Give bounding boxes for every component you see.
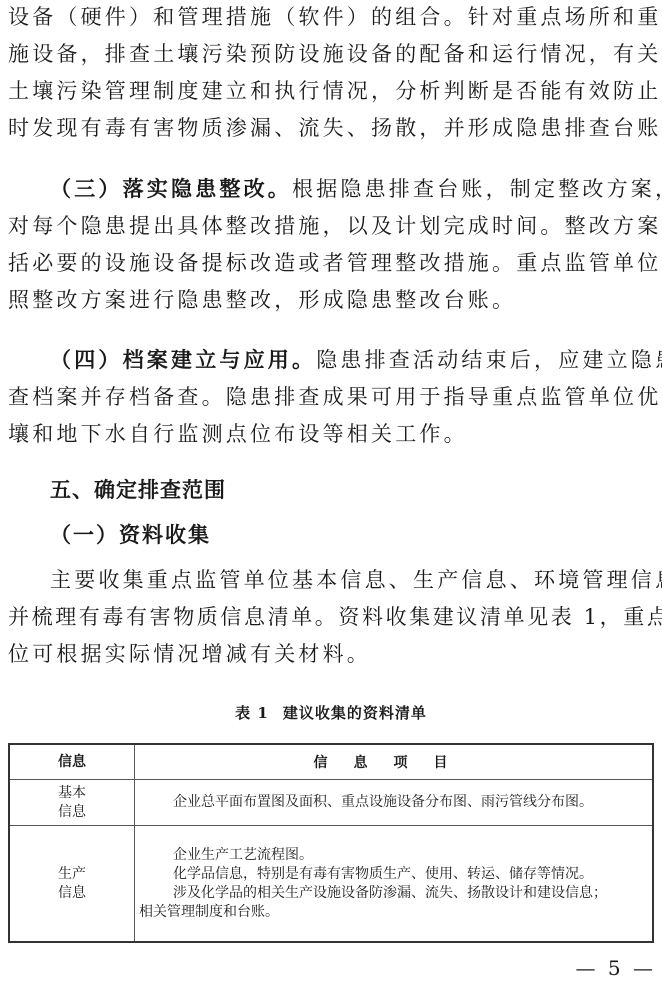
body-line: 括必要的设施设备提标改造或者管理整改措施。重点监管单位应按 xyxy=(8,248,656,278)
body-line: 设备（硬件）和管理措施（软件）的组合。针对重点场所和重点设 xyxy=(8,2,656,32)
body-line: 施设备，排查土壤污染预防设施设备的配备和运行情况，有关预防 xyxy=(8,39,656,69)
body-line: 查档案并存档备查。隐患排查成果可用于指导重点监管单位优化土 xyxy=(8,382,656,412)
row-items: 企业总平面布置图及面积、重点设施设备分布图、雨污管线分布图。 xyxy=(135,780,654,826)
section-3-first-line: （三）落实隐患整改。根据隐患排查台账，制定整改方案，针 xyxy=(50,174,656,204)
subheading-data-collection: （一）资料收集 xyxy=(50,520,656,550)
category-line: 信息 xyxy=(10,803,134,822)
item-text: 涉及化学品的相关生产设施设备防渗漏、流失、扬散设计和建设信息； xyxy=(139,884,652,903)
body-line: 时发现有毒有害物质渗漏、流失、扬散，并形成隐患排查台账。 xyxy=(8,113,656,143)
body-line: 壤和地下水自行监测点位布设等相关工作。 xyxy=(8,419,656,449)
section-3-title: （三）落实隐患整改。 xyxy=(50,177,292,201)
section-3-text: 根据隐患排查台账，制定整改方案，针 xyxy=(292,177,662,201)
table-row: 生产 信息 企业生产工艺流程图。 化学品信息，特别是有毒有害物质生产、使用、转运… xyxy=(9,826,653,943)
table-caption-title: 建议收集的资料清单 xyxy=(283,704,427,722)
table-caption-label: 表 1 xyxy=(235,704,269,722)
row-category: 生产 信息 xyxy=(9,826,135,943)
category-line: 生产 xyxy=(10,865,134,884)
page-number: — 5 — xyxy=(576,956,656,980)
body-line: 土壤污染管理制度建立和执行情况，分析判断是否能有效防止和及 xyxy=(8,76,656,106)
table-header-row: 信息 信息项目 xyxy=(9,744,653,780)
header-items: 信息项目 xyxy=(135,744,654,780)
body-line: 照整改方案进行隐患整改，形成隐患整改台账。 xyxy=(8,285,656,315)
section-4-text: 隐患排查活动结束后，应建立隐患排 xyxy=(316,348,662,372)
section-4-first-line: （四）档案建立与应用。隐患排查活动结束后，应建立隐患排 xyxy=(50,345,656,375)
body-line: 对每个隐患提出具体整改措施，以及计划完成时间。整改方案应包 xyxy=(8,211,656,241)
section-5-heading: 五、确定排查范围 xyxy=(50,475,656,505)
data-collection-table: 信息 信息项目 基本 信息 企业总平面布置图及面积、重点设施设备分布图、雨污管线… xyxy=(8,743,654,943)
row-category: 基本 信息 xyxy=(9,780,135,826)
table-caption: 表 1建议收集的资料清单 xyxy=(0,702,662,723)
category-line: 信息 xyxy=(10,884,134,903)
header-category: 信息 xyxy=(9,744,135,780)
body-line: 并梳理有毒有害物质信息清单。资料收集建议清单见表 1，重点监管单 xyxy=(8,602,656,632)
item-text: 企业总平面布置图及面积、重点设施设备分布图、雨污管线分布图。 xyxy=(173,793,652,812)
table-row: 基本 信息 企业总平面布置图及面积、重点设施设备分布图、雨污管线分布图。 xyxy=(9,780,653,826)
body-line: 位可根据实际情况增减有关材料。 xyxy=(8,639,656,669)
item-text-continuation: 相关管理制度和台账。 xyxy=(139,903,652,922)
item-text: 企业生产工艺流程图。 xyxy=(139,846,652,865)
row-items: 企业生产工艺流程图。 化学品信息，特别是有毒有害物质生产、使用、转运、储存等情况… xyxy=(135,826,654,943)
body-line: 主要收集重点监管单位基本信息、生产信息、环境管理信息等， xyxy=(50,565,656,595)
item-text: 化学品信息，特别是有毒有害物质生产、使用、转运、储存等情况。 xyxy=(139,865,652,884)
category-line: 基本 xyxy=(10,784,134,803)
section-4-title: （四）档案建立与应用。 xyxy=(50,348,316,372)
